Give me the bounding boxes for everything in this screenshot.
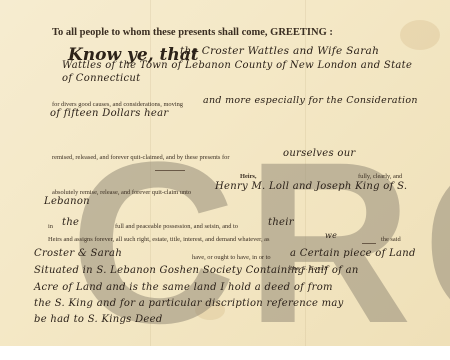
grantees-line-2: Lebanon — [44, 196, 90, 207]
for-whom-handwritten: ourselves our — [283, 148, 356, 159]
heirs-label: Heirs, — [240, 173, 257, 180]
grantees-line-1: Henry M. Loll and Joseph King of S. — [215, 181, 407, 192]
have-printed: have, or ought to have, in or to — [192, 254, 271, 261]
remised-printed: remised, released, and forever quit-clai… — [52, 154, 229, 161]
the-said-label: the said — [381, 236, 401, 243]
consideration-line-1: and more especially for the Consideratio… — [203, 95, 418, 106]
heirs-assigns-printed: Heirs and assigns forever, all such righ… — [48, 236, 270, 243]
blank-rule — [155, 170, 185, 171]
consideration-line-2: of fifteen Dollars hear — [50, 108, 168, 119]
in-label: in — [48, 223, 53, 230]
in-blank-handwritten: the — [62, 217, 79, 228]
fully-clearly-label: fully, clearly, and — [358, 173, 402, 180]
as-blank-handwritten: we — [325, 231, 337, 240]
possession-printed: full and peaceable possession, and seisi… — [115, 223, 238, 230]
property-line-2: Situated in S. Lebanon Goshen Society Co… — [34, 265, 359, 276]
absolutely-printed: absolutely remise, release, and forever … — [52, 189, 191, 196]
blank-rule — [362, 243, 376, 244]
property-line-1: a Certain piece of Land — [290, 248, 416, 259]
said-parties-handwritten: Croster & Sarah — [34, 248, 122, 259]
property-line-4: the S. King and for a particular discrip… — [34, 298, 344, 309]
deed-document: CRO To all people to whom these presents… — [0, 0, 450, 346]
consideration-printed: for divers good causes, and consideratio… — [52, 101, 183, 108]
grantors-line-1: the Croster Wattles and Wife Sarah — [180, 45, 379, 57]
greeting-header: To all people to whom these presents sha… — [52, 27, 333, 38]
to-blank-handwritten: their — [268, 217, 294, 228]
grantors-line-2: Wattles of the Town of Lebanon County of… — [62, 60, 412, 71]
paper-stain — [400, 20, 440, 50]
grantors-line-3: of Connecticut — [62, 73, 140, 84]
property-line-5: be had to S. Kings Deed — [34, 314, 163, 325]
property-line-3: Acre of Land and is the same land I hold… — [34, 282, 333, 293]
